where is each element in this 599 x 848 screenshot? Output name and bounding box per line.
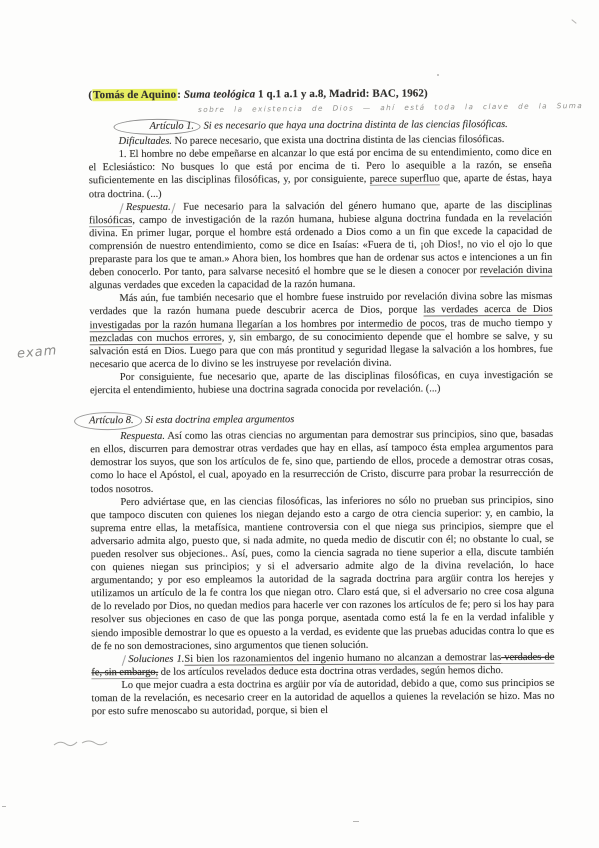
dificultades-label: Dificultades. [119, 136, 172, 147]
margin-scribble [52, 737, 112, 751]
margin-note-exam: exam [16, 343, 57, 361]
scanned-document-page: { "colors": { "highlight": "#e7ee62" }, … [0, 0, 599, 848]
respuesta1-text-a: Fue necesario para la salvación del géne… [178, 200, 508, 213]
paragraph-soluciones: Soluciones 1.Si bien los razonamientos d… [91, 651, 554, 680]
pencil-stroke [119, 203, 123, 214]
paragraph-por-consiguiente: Por consiguiente, fue necesario que, apa… [90, 369, 553, 398]
paragraph-respuesta-1: Respuesta. Fue necesario para la salvaci… [89, 198, 552, 292]
pencil-stroke [171, 203, 175, 214]
paragraph-final: Lo que mejor cuadra a esta doctrina es a… [91, 677, 554, 719]
paragraph-objection-1: 1. El hombre no debe empeñarse en alcanz… [89, 146, 552, 201]
citation-line: (Tomás de Aquino: Suma teológica 1 q.1 a… [88, 87, 551, 103]
peroadviertase-text: Pero adviértase que, en las ciencias fil… [91, 494, 555, 651]
paragraph-respuesta-8: Respuesta. Así como las otras ciencias n… [90, 428, 553, 496]
article1-title: Si es necesario que haya una doctrina di… [201, 119, 508, 132]
pencil-stroke [122, 655, 126, 666]
article8-title: Si esta doctrina emplea argumentos [143, 414, 295, 426]
respuesta8-label: Respuesta. [120, 431, 165, 442]
porconsiguiente-text: Por consiguiente, fue necesario que, apa… [90, 370, 553, 397]
article8-heading: Artículo 8. Si esta doctrina emplea argu… [90, 410, 553, 431]
dificultades-text: No parece necesario, que exista una doct… [172, 134, 504, 147]
citation-work-title: Suma teológica [184, 88, 255, 100]
citation-author-highlight: Tomás de Aquino [92, 89, 177, 101]
final-text: Lo que mejor cuadra a esta doctrina es a… [92, 678, 555, 718]
paragraph-mas-aun: Más aún, fue también necesario que el ho… [89, 290, 552, 371]
citation-reference: 1 q.1 a.1 y a.8, Madrid: BAC, 1962) [255, 87, 428, 100]
scan-speck [437, 74, 439, 76]
article8-number-circled: Artículo 8. [74, 412, 143, 430]
text-block: (Tomás de Aquino: Suma teológica 1 q.1 a… [88, 87, 554, 719]
masaun-underlined-2: mezcladas con muchos errores [90, 332, 222, 345]
scan-speck [353, 821, 359, 822]
masaun-text-b: , tras de mucho tiempo y [444, 317, 552, 329]
respuesta1-underlined-2: revelación divina [480, 265, 552, 277]
scan-speck [571, 19, 576, 24]
objection1-underlined: parece superfluo [370, 174, 440, 186]
article1-number-circled: Artículo 1. [114, 119, 202, 136]
respuesta1-text-c: algunas verdades que exceden la capacida… [89, 279, 355, 291]
scan-speck [2, 806, 6, 807]
soluciones-underlined: Si bien los razonamientos del ingenio hu… [184, 652, 501, 666]
paragraph-pero-adviertase: Pero adviértase que, en las ciencias fil… [90, 493, 554, 653]
soluciones-label: Soluciones 1. [128, 653, 184, 664]
soluciones-text: de los artículos revelados deduce esta d… [158, 665, 503, 678]
respuesta1-label: Respuesta. [126, 201, 171, 212]
